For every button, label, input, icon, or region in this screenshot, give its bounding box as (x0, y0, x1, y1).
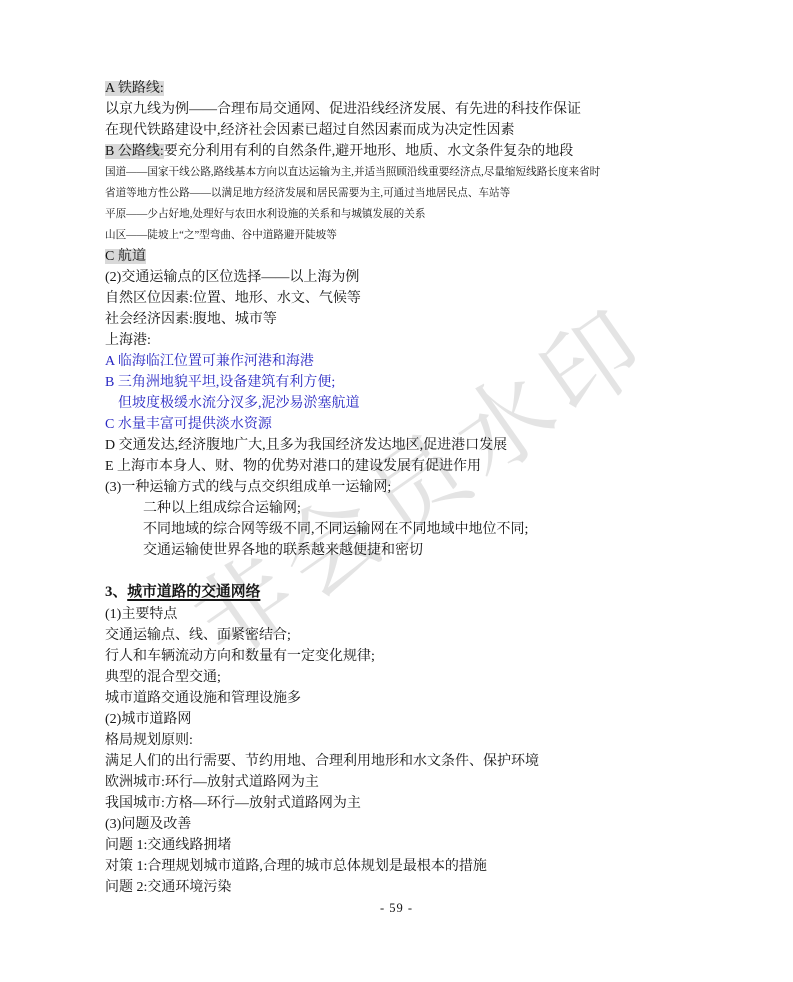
text-line: D 交通发达,经济腹地广大,且多为我国经济发达地区,促进港口发展 (105, 435, 763, 456)
text-line: 3、城市道路的交通网络 (105, 580, 763, 604)
text-line: 问题 1:交通线路拥堵 (105, 835, 763, 856)
text-run: C 水量丰富可提供淡水资源 (105, 417, 272, 432)
text-run: 省道等地方性公路——以满足地方经济发展和居民需要为主,可通过当地居民点、车站等 (105, 188, 510, 199)
text-run: 平原——少占好地,处理好与农田水利设施的关系和与城镇发展的关系 (105, 209, 425, 220)
text-run: 城市道路交通设施和管理设施多 (105, 691, 301, 706)
text-line: 自然区位因素:位置、地形、水文、气候等 (105, 288, 763, 309)
text-line: 不同地域的综合网等级不同,不同运输网在不同地域中地位不同; (143, 519, 763, 540)
document-page: 非会员水印 A 铁路线:以京九线为例——合理布局交通网、促进沿线经济发展、有先进… (0, 0, 793, 982)
text-line: 上海港: (105, 330, 763, 351)
text-run: D 交通发达,经济腹地广大,且多为我国经济发达地区,促进港口发展 (105, 438, 507, 453)
text-run: (3)一种运输方式的线与点交织组成单一运输网; (105, 480, 391, 495)
text-run: 社会经济因素:腹地、城市等 (105, 312, 277, 327)
text-run: 上海港: (105, 333, 151, 348)
text-line: (2)城市道路网 (105, 709, 763, 730)
text-line: 格局规划原则: (105, 730, 763, 751)
text-run: 以京九线为例——合理布局交通网、促进沿线经济发展、有先进的科技作保证 (105, 102, 581, 117)
text-line: (2)交通运输点的区位选择——以上海为例 (105, 267, 763, 288)
text-run: 但坡度极缓水流分汊多,泥沙易淤塞航道 (118, 396, 360, 411)
text-run: A 临海临江位置可兼作河港和海港 (105, 354, 314, 369)
text-line: 城市道路交通设施和管理设施多 (105, 688, 763, 709)
text-run: 满足人们的出行需要、节约用地、合理利用地形和水文条件、保护环境 (105, 754, 539, 769)
text-line: 欧洲城市:环行—放射式道路网为主 (105, 772, 763, 793)
text-run: 不同地域的综合网等级不同,不同运输网在不同地域中地位不同; (143, 522, 528, 537)
text-run: 国道——国家干线公路,路线基本方向以直达运输为主,并适当照顾沿线重要经济点,尽量… (105, 167, 600, 178)
highlighted-text: B 公路线: (105, 144, 164, 159)
text-line: 我国城市:方格—环行—放射式道路网为主 (105, 793, 763, 814)
text-line: 交通运输使世界各地的联系越来越便捷和密切 (143, 540, 763, 561)
page-number: - 59 - (0, 901, 793, 916)
text-line: 国道——国家干线公路,路线基本方向以直达运输为主,并适当照顾沿线重要经济点,尽量… (105, 162, 763, 183)
text-line: 在现代铁路建设中,经济社会因素已超过自然因素而成为决定性因素 (105, 120, 763, 141)
text-line: B 三角洲地貌平坦,设备建筑有利方便; (105, 372, 763, 393)
text-run: 行人和车辆流动方向和数量有一定变化规律; (105, 649, 375, 664)
text-run: 在现代铁路建设中,经济社会因素已超过自然因素而成为决定性因素 (105, 123, 515, 138)
text-line: 满足人们的出行需要、节约用地、合理利用地形和水文条件、保护环境 (105, 751, 763, 772)
text-run: 山区——陡坡上“之”型弯曲、谷中道路避开陡坡等 (105, 230, 337, 241)
text-run: B 三角洲地貌平坦,设备建筑有利方便; (105, 375, 335, 390)
highlighted-text: C 航道 (105, 249, 146, 264)
blank-line (105, 561, 763, 580)
text-run: (2)交通运输点的区位选择——以上海为例 (105, 270, 359, 285)
text-line: 典型的混合型交通; (105, 667, 763, 688)
text-run: 问题 1:交通线路拥堵 (105, 838, 231, 853)
text-line: 二种以上组成综合运输网; (143, 498, 763, 519)
text-line: C 航道 (105, 246, 763, 267)
text-line: 问题 2:交通环境污染 (105, 877, 763, 898)
text-run: (1)主要特点 (105, 607, 177, 622)
document-body: A 铁路线:以京九线为例——合理布局交通网、促进沿线经济发展、有先进的科技作保证… (105, 78, 763, 898)
text-run: 交通运输点、线、面紧密结合; (105, 628, 291, 643)
text-run: 自然区位因素:位置、地形、水文、气候等 (105, 291, 361, 306)
text-line: A 临海临江位置可兼作河港和海港 (105, 351, 763, 372)
text-line: C 水量丰富可提供淡水资源 (105, 414, 763, 435)
text-line: A 铁路线: (105, 78, 763, 99)
text-line: 平原——少占好地,处理好与农田水利设施的关系和与城镇发展的关系 (105, 204, 763, 225)
text-run: 欧洲城市:环行—放射式道路网为主 (105, 775, 319, 790)
text-line: 社会经济因素:腹地、城市等 (105, 309, 763, 330)
text-line: 以京九线为例——合理布局交通网、促进沿线经济发展、有先进的科技作保证 (105, 99, 763, 120)
text-line: 但坡度极缓水流分汊多,泥沙易淤塞航道 (118, 393, 763, 414)
text-line: 交通运输点、线、面紧密结合; (105, 625, 763, 646)
text-run: 二种以上组成综合运输网; (143, 501, 301, 516)
text-run: E 上海市本身人、财、物的优势对港口的建设发展有促进作用 (105, 459, 481, 474)
text-run: 交通运输使世界各地的联系越来越便捷和密切 (143, 543, 423, 558)
text-run: 典型的混合型交通; (105, 670, 221, 685)
text-line: 山区——陡坡上“之”型弯曲、谷中道路避开陡坡等 (105, 225, 763, 246)
text-line: (1)主要特点 (105, 604, 763, 625)
text-line: 对策 1:合理规划城市道路,合理的城市总体规划是最根本的措施 (105, 856, 763, 877)
text-line: (3)一种运输方式的线与点交织组成单一运输网; (105, 477, 763, 498)
text-run: 格局规划原则: (105, 733, 193, 748)
text-run: 问题 2:交通环境污染 (105, 880, 231, 895)
text-line: 行人和车辆流动方向和数量有一定变化规律; (105, 646, 763, 667)
text-run: (2)城市道路网 (105, 712, 191, 727)
text-run: 3、 (105, 584, 127, 600)
underlined-heading-text: 城市道路的交通网络 (127, 584, 260, 600)
text-line: B 公路线:要充分利用有利的自然条件,避开地形、地质、水文条件复杂的地段 (105, 141, 763, 162)
highlighted-text: A 铁路线: (105, 81, 164, 96)
text-run: 我国城市:方格—环行—放射式道路网为主 (105, 796, 361, 811)
text-run: 要充分利用有利的自然条件,避开地形、地质、水文条件复杂的地段 (164, 144, 574, 159)
text-line: E 上海市本身人、财、物的优势对港口的建设发展有促进作用 (105, 456, 763, 477)
text-line: 省道等地方性公路——以满足地方经济发展和居民需要为主,可通过当地居民点、车站等 (105, 183, 763, 204)
text-run: (3)问题及改善 (105, 817, 191, 832)
text-run: 对策 1:合理规划城市道路,合理的城市总体规划是最根本的措施 (105, 859, 487, 874)
text-line: (3)问题及改善 (105, 814, 763, 835)
